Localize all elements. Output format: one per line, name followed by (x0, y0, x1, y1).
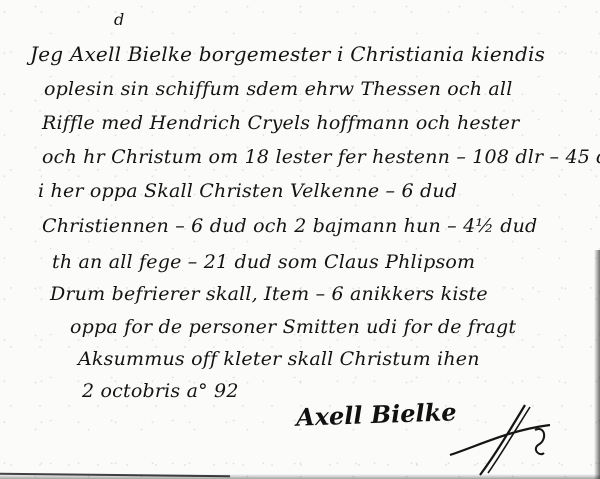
document-line-8: Drum befrierer skall, Item – 6 anikkers … (50, 283, 488, 305)
document-line-3: Riffle med Hendrich Cryels hoffmann och … (42, 112, 519, 134)
page-edge-shadow (594, 250, 600, 479)
document-line-10: Aksummus off kleter skall Christum ihen (78, 348, 480, 370)
document-line-6: Christiennen – 6 dud och 2 bajmann hun –… (42, 215, 537, 237)
document-line-1: Jeg Axell Bielke borgemester i Christian… (30, 42, 545, 66)
document-line-4: och hr Christum om 18 lester fer hestenn… (42, 146, 600, 168)
document-line-9: oppa for de personer Smitten udi for de … (70, 316, 516, 338)
signature: Axell Bielke (296, 397, 457, 432)
signature-flourish-icon (440, 395, 560, 479)
page-bottom-shadow (0, 474, 600, 479)
scanned-document-page: d Jeg Axell Bielke borgemester i Christi… (0, 0, 600, 479)
document-line-2: oplesin sin schiffum sdem ehrw Thessen o… (44, 78, 512, 100)
document-line-11-date: 2 octobris a° 92 (82, 380, 239, 402)
top-mark: d (114, 10, 124, 29)
document-line-7: th an all fege – 21 dud som Claus Phlips… (52, 251, 475, 273)
document-line-5: i her oppa Skall Christen Velkenne – 6 d… (38, 180, 457, 202)
